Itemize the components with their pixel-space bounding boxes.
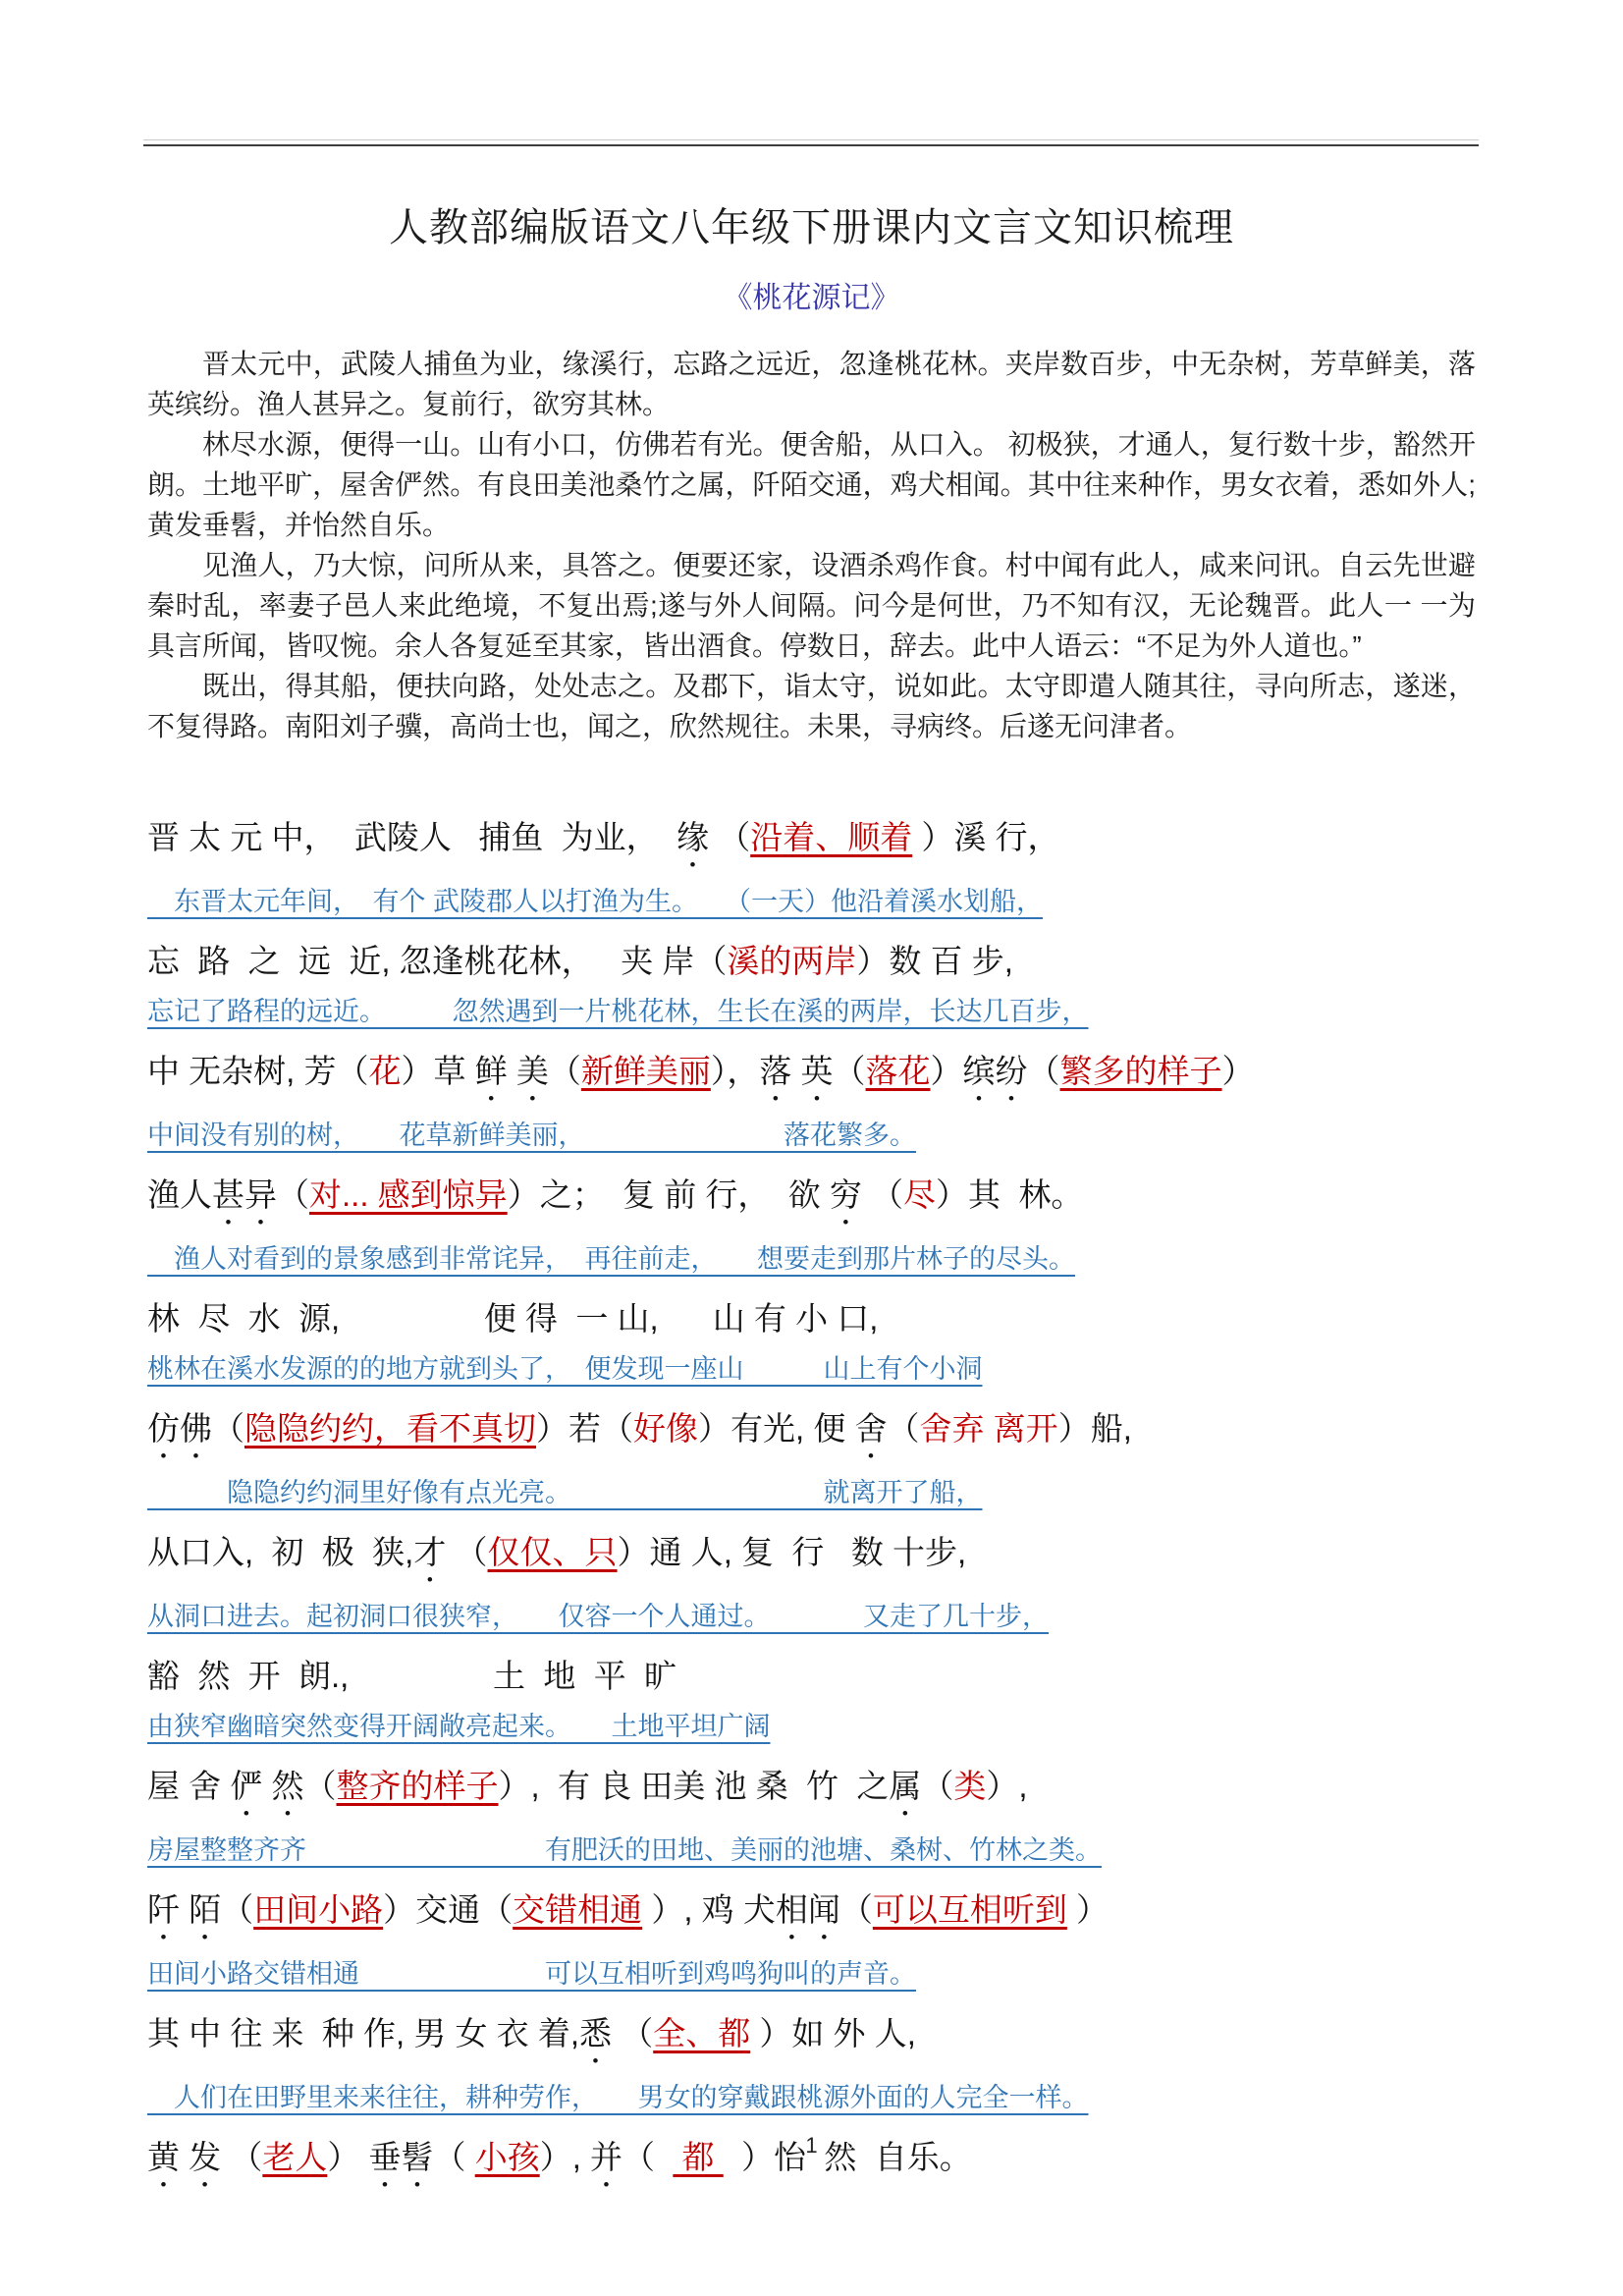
annotation-red-underlined: 隐隐约约，看不真切 [244, 1410, 536, 1447]
classical-text-emphasized: 鲜 美 [475, 1053, 549, 1089]
classical-text-emphasized: 悉 [579, 2015, 612, 2051]
classical-text: 豁 然 开 朗., 土 地 平 旷 [147, 1658, 676, 1694]
annotation-red-underlined: 田间小路 [253, 1891, 383, 1928]
annotation-red: 好像 [633, 1410, 698, 1447]
original-paragraph: 见渔人，乃大惊，问所从来，具答之。便要还家，设酒杀鸡作食。村中闻有此人，咸来问讯… [147, 545, 1476, 666]
classical-text-emphasized: 阡 陌 [147, 1891, 221, 1928]
translation-line: 田间小路交错相通 可以互相听到鸡鸣狗叫的声音。 [147, 1954, 1476, 1994]
analysis-line: 仿佛（隐隐约约，看不真切）若（好像）有光, 便 舍（舍弃 离开）船, [147, 1406, 1476, 1465]
classical-text: ）通 人, 复 行 数 十步, [618, 1534, 967, 1570]
classical-text: ）有光, 便 [698, 1410, 855, 1447]
annotation-red: 花 [369, 1053, 402, 1089]
analysis-line: 阡 陌（田间小路）交通（交错相通 ）, 鸡 犬相闻（可以互相听到 ） [147, 1887, 1476, 1946]
translation-line: 由狭窄幽暗突然变得开阔敞亮起来。 土地平坦广阔 [147, 1707, 1476, 1746]
annotation-red-underlined: 整齐的样子 [337, 1768, 499, 1804]
classical-text: ）之； 复 前 行， 欲 [508, 1176, 830, 1213]
translation-line: 从洞口进去。起初洞口很狭窄， 仅容一个人通过。 又走了几十步， [147, 1597, 1476, 1636]
page-content: 人教部编版语文八年级下册课内文言文知识梳理 《桃花源记》 晋太元中，武陵人捕鱼为… [0, 0, 1623, 2194]
classical-text: （ [1028, 1053, 1060, 1089]
classical-text-emphasized: 属 [889, 1768, 921, 1804]
translation-line: 人们在田野里来来往往，耕种劳作， 男女的穿戴跟桃源外面的人完全一样。 [147, 2078, 1476, 2117]
classical-text-emphasized: 舍 [855, 1410, 888, 1447]
classical-text-emphasized: 甚异 [212, 1176, 277, 1213]
classical-text: ）, [986, 1768, 1027, 1804]
classical-text: （ [834, 1053, 866, 1089]
classical-text: 中 无杂树, 芳（ [147, 1053, 369, 1089]
classical-text: （ [212, 1410, 244, 1447]
classical-text: （ [221, 1891, 253, 1928]
classical-text: （ [888, 1410, 920, 1447]
classical-text: ）如 外 人, [750, 2015, 916, 2051]
classical-text: （ [709, 819, 750, 855]
page-title: 人教部编版语文八年级下册课内文言文知识梳理 [147, 200, 1476, 255]
annotation-red-underlined: 沿着、顺着 [750, 819, 912, 855]
annotation-red-underlined: 全、都 [653, 2015, 750, 2051]
classical-text-emphasized: 相闻 [776, 1891, 840, 1928]
analysis-line: 忘 路 之 远 近, 忽逢桃花林， 夹 岸（溪的两岸）数 百 步, [147, 939, 1476, 984]
classical-text: 晋 太 元 中， 武陵人 捕鱼 为业， [147, 819, 676, 855]
classical-text: （ [612, 2015, 653, 2051]
analysis-line: 豁 然 开 朗., 土 地 平 旷 [147, 1654, 1476, 1699]
classical-text: （ [277, 1176, 309, 1213]
analysis-rows: 晋 太 元 中， 武陵人 捕鱼 为业， 缘 （沿着、顺着 ）溪 行， 东晋太元年… [147, 815, 1476, 2194]
analysis-line: 中 无杂树, 芳（花）草 鲜 美（新鲜美丽），落 英（落花）缤纷（繁多的样子） [147, 1049, 1476, 1108]
classical-text: ）交通（ [383, 1891, 513, 1928]
annotation-red: 舍弃 离开 [920, 1410, 1058, 1447]
annotation-red-underlined: 可以互相听到 [873, 1891, 1067, 1928]
document-page: 人教部编版语文八年级下册课内文言文知识梳理 《桃花源记》 晋太元中，武陵人捕鱼为… [0, 0, 1623, 2296]
annotation-red: 类 [953, 1768, 986, 1804]
classical-text-emphasized: 仿佛 [147, 1410, 212, 1447]
classical-text: 渔人 [147, 1176, 212, 1213]
analysis-line: 林 尽 水 源, 便 得 一 山, 山 有 小 口, [147, 1296, 1476, 1341]
page-number: 1 [0, 2133, 1623, 2159]
classical-text: （ [862, 1176, 903, 1213]
classical-text: （ [921, 1768, 953, 1804]
analysis-line: 渔人甚异（对... 感到惊异）之； 复 前 行， 欲 穷 （尽）其 林。 [147, 1173, 1476, 1231]
classical-text: 屋 舍 [147, 1768, 230, 1804]
original-paragraph: 既出，得其船，便扶向路，处处志之。及郡下，诣太守，说如此。太守即遣人随其往，寻向… [147, 666, 1476, 746]
analysis-line: 从口入, 初 极 狭,才 （仅仅、只）通 人, 复 行 数 十步, [147, 1530, 1476, 1589]
translation-line: 房屋整整齐齐 有肥沃的田地、美丽的池塘、桑树、竹林之类。 [147, 1831, 1476, 1870]
classical-text-emphasized: 俨 然 [230, 1768, 303, 1804]
original-paragraph: 林尽水源，便得一山。山有小口，仿佛若有光。便舍船，从口入。 初极狭，才通人，复行… [147, 424, 1476, 545]
classical-text: ）， [711, 1053, 760, 1089]
classical-text: （ [446, 1534, 487, 1570]
classical-text: ） [1222, 1053, 1255, 1089]
classical-text-emphasized: 才 [413, 1534, 446, 1570]
translation-line: 忘记了路程的远近。 忽然遇到一片桃花林，生长在溪的两岸，长达几百步， [147, 992, 1476, 1031]
classical-text: 从口入, 初 极 狭, [147, 1534, 413, 1570]
analysis-line: 屋 舍 俨 然（整齐的样子）, 有 良 田美 池 桑 竹 之属（类）, [147, 1764, 1476, 1823]
annotation-red-underlined: 仅仅、只 [488, 1534, 618, 1570]
annotation-red-underlined: 繁多的样子 [1060, 1053, 1222, 1089]
annotation-red-underlined: 对... 感到惊异 [309, 1176, 508, 1213]
classical-text: ） [931, 1053, 963, 1089]
original-text: 晋太元中，武陵人捕鱼为业，缘溪行，忘路之远近，忽逢桃花林。夹岸数百步，中无杂树，… [147, 344, 1476, 746]
classical-text-emphasized: 缘 [676, 819, 709, 855]
analysis-line: 其 中 往 来 种 作, 男 女 衣 着,悉 （全、都 ）如 外 人, [147, 2011, 1476, 2070]
annotation-red: 尽 [903, 1176, 936, 1213]
classical-text: （ [549, 1053, 581, 1089]
annotation-red: 溪的两岸 [727, 943, 856, 979]
classical-text: ）船, [1058, 1410, 1132, 1447]
classical-text: ）, 鸡 犬 [642, 1891, 776, 1928]
classical-text-emphasized: 落 英 [759, 1053, 833, 1089]
classical-text: ）若（ [536, 1410, 633, 1447]
classical-text: ）, 有 良 田美 池 桑 竹 之 [499, 1768, 890, 1804]
original-paragraph: 晋太元中，武陵人捕鱼为业，缘溪行，忘路之远近，忽逢桃花林。夹岸数百步，中无杂树，… [147, 344, 1476, 424]
translation-line: 东晋太元年间， 有个 武陵郡人以打渔为生。 （一天）他沿着溪水划船， [147, 882, 1476, 921]
classical-text: 忘 路 之 远 近, 忽逢桃花林， 夹 岸（ [147, 943, 727, 979]
analysis-line: 晋 太 元 中， 武陵人 捕鱼 为业， 缘 （沿着、顺着 ）溪 行， [147, 815, 1476, 874]
header-rule [143, 139, 1479, 146]
classical-text-emphasized: 缤纷 [963, 1053, 1028, 1089]
classical-text-emphasized: 穷 [830, 1176, 862, 1213]
classical-text: ）草 [402, 1053, 475, 1089]
classical-text: ）溪 行， [912, 819, 1059, 855]
translation-line: 中间没有别的树， 花草新鲜美丽， 落花繁多。 [147, 1116, 1476, 1155]
page-subtitle: 《桃花源记》 [147, 279, 1476, 318]
translation-line: 隐隐约约洞里好像有点光亮。 就离开了船， [147, 1473, 1476, 1512]
translation-line: 渔人对看到的景象感到非常诧异， 再往前走， 想要走到那片林子的尽头。 [147, 1239, 1476, 1279]
translation-line: 桃林在溪水发源的的地方就到头了， 便发现一座山 山上有个小洞 [147, 1349, 1476, 1389]
annotation-red-underlined: 交错相通 [513, 1891, 642, 1928]
classical-text: 其 中 往 来 种 作, 男 女 衣 着, [147, 2015, 579, 2051]
classical-text: ） [1067, 1891, 1109, 1928]
classical-text: （ [304, 1768, 337, 1804]
classical-text: ）其 林。 [936, 1176, 1083, 1213]
classical-text: （ [840, 1891, 873, 1928]
annotation-red-underlined: 新鲜美丽 [581, 1053, 711, 1089]
annotation-red-underlined: 落花 [866, 1053, 931, 1089]
classical-text: ）数 百 步, [856, 943, 1013, 979]
classical-text: 林 尽 水 源, 便 得 一 山, 山 有 小 口, [147, 1300, 878, 1337]
